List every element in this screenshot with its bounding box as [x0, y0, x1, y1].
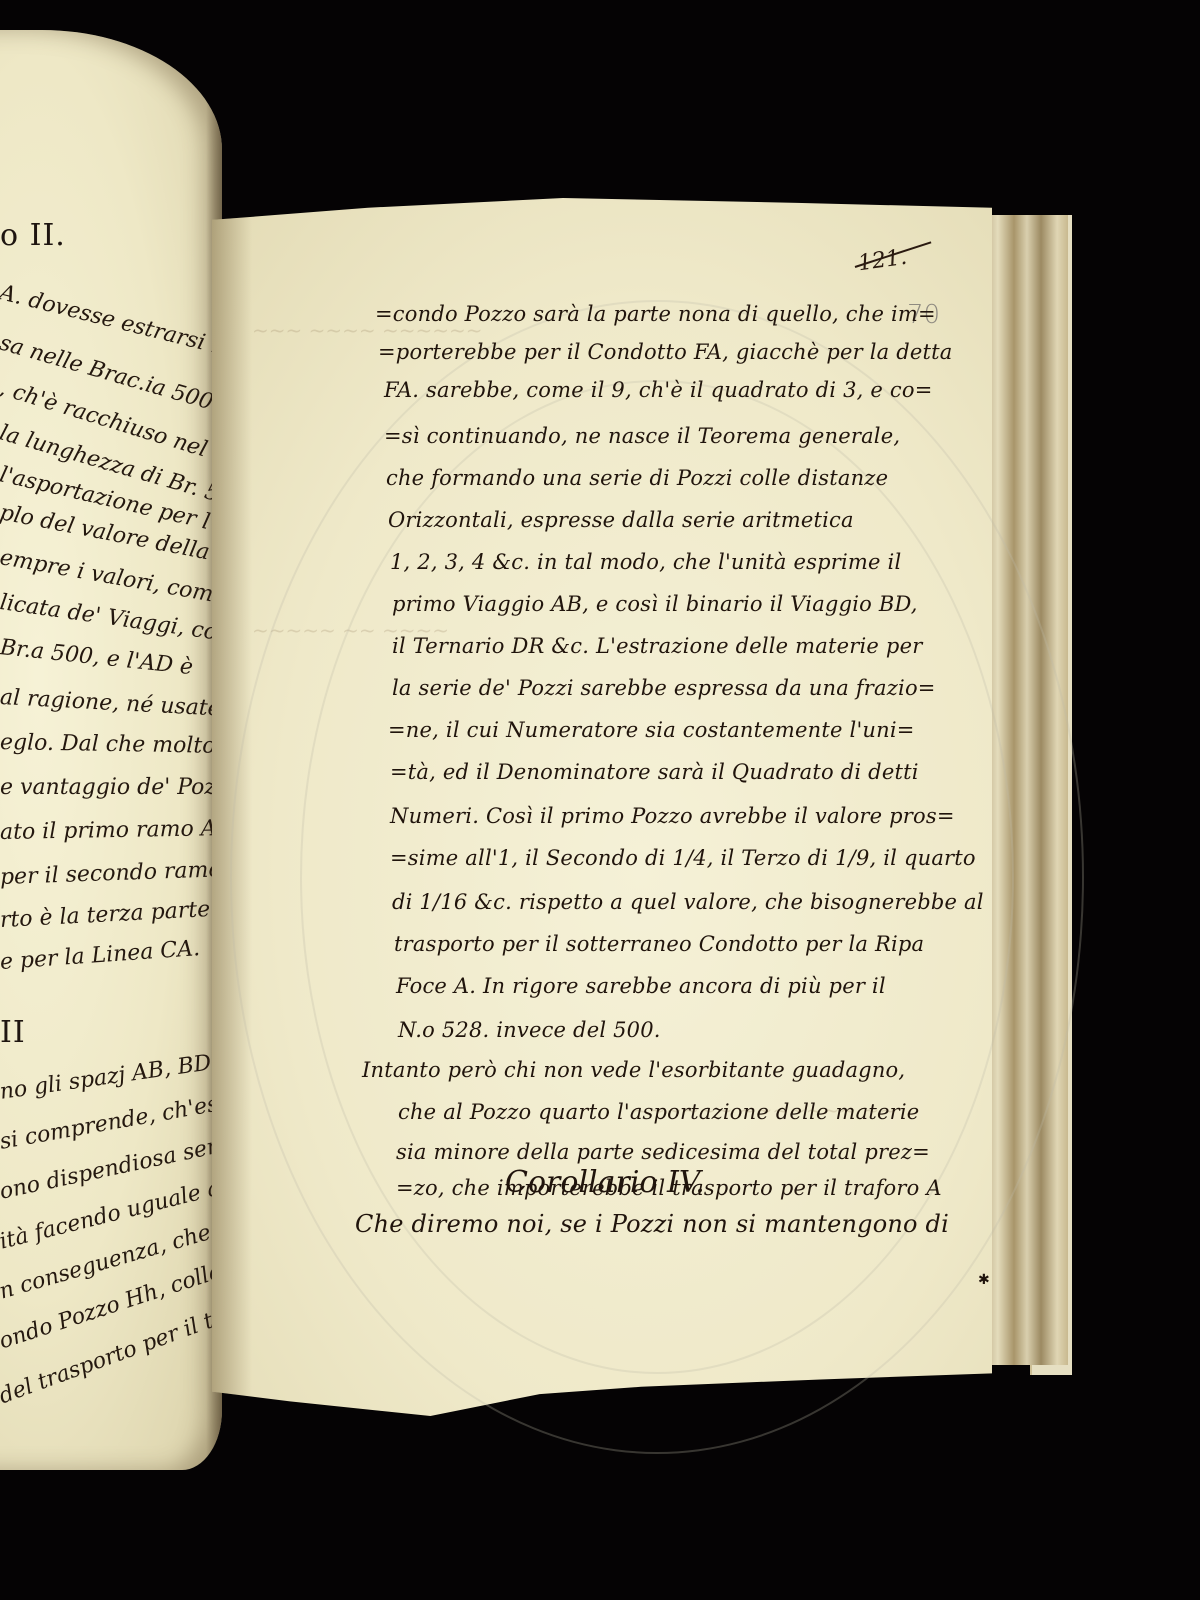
text-line: =porterebbe per il Condotto FA, giacchè …: [378, 340, 953, 364]
asterisk-mark: ✱: [978, 1272, 990, 1288]
section-heading: Corollario IV.: [505, 1165, 705, 1200]
text-line: N.o 528. invece del 500.: [398, 1018, 661, 1042]
left-page-line: e vantaggio de' Pozzi se: [0, 775, 222, 800]
left-page-line: Br.a 500, e l'AD è: [0, 635, 194, 680]
text-line: =tà, ed il Denominatore sarà il Quadrato…: [390, 760, 919, 784]
text-line: =sì continuando, ne nasce il Teorema gen…: [384, 424, 900, 448]
right-page-gutter: [212, 198, 252, 1416]
left-page-line: per il secondo ramo BD,: [0, 856, 222, 890]
text-line: =sime all'1, il Secondo di 1/4, il Terzo…: [390, 846, 976, 870]
paragraph-line: Intanto però chi non vede l'esorbitante …: [362, 1058, 905, 1082]
left-page-line: rto è la terza parte: [0, 897, 211, 933]
text-line: Che diremo noi, se i Pozzi non si manten…: [355, 1210, 949, 1238]
text-line: 1, 2, 3, 4 &c. in tal modo, che l'unità …: [390, 550, 901, 574]
paragraph-line: sia minore della parte sedicesima del to…: [396, 1140, 930, 1164]
left-page-line: e per la Linea CA.: [0, 936, 201, 975]
text-line: la serie de' Pozzi sarebbe espressa da u…: [392, 676, 936, 700]
text-line: il Ternario DR &c. L'estrazione delle ma…: [392, 634, 922, 658]
left-page-heading-bottom: II: [0, 1015, 26, 1050]
left-page-line: ato il primo ramo AB,: [0, 816, 222, 845]
left-page: o II. A. dovesse estrarsi mate sa nelle …: [0, 30, 222, 1470]
text-line: =condo Pozzo sarà la parte nona di quell…: [375, 302, 936, 326]
text-line: Orizzontali, espresse dalla serie aritme…: [388, 508, 854, 532]
text-line: Foce A. In rigore sarebbe ancora di più …: [396, 974, 886, 998]
text-line: trasporto per il sotterraneo Condotto pe…: [394, 932, 924, 956]
text-line: di 1/16 &c. rispetto a quel valore, che …: [392, 890, 984, 914]
left-page-line: no gli spazj AB, BD: [0, 1050, 213, 1104]
text-line: primo Viaggio AB, e così il binario il V…: [392, 592, 918, 616]
text-line: =ne, il cui Numeratore sia costantemente…: [388, 718, 915, 742]
text-line: Numeri. Così il primo Pozzo avrebbe il v…: [390, 804, 955, 828]
paragraph-line: che al Pozzo quarto l'asportazione delle…: [398, 1100, 919, 1124]
left-page-line: al ragione, né usate: [0, 685, 221, 722]
left-page-line: eglo. Dal che molto: [0, 730, 216, 759]
text-line: che formando una serie di Pozzi colle di…: [386, 466, 888, 490]
text-line: FA. sarebbe, come il 9, ch'è il quadrato…: [384, 378, 933, 402]
left-page-heading-top: o II.: [0, 218, 66, 253]
